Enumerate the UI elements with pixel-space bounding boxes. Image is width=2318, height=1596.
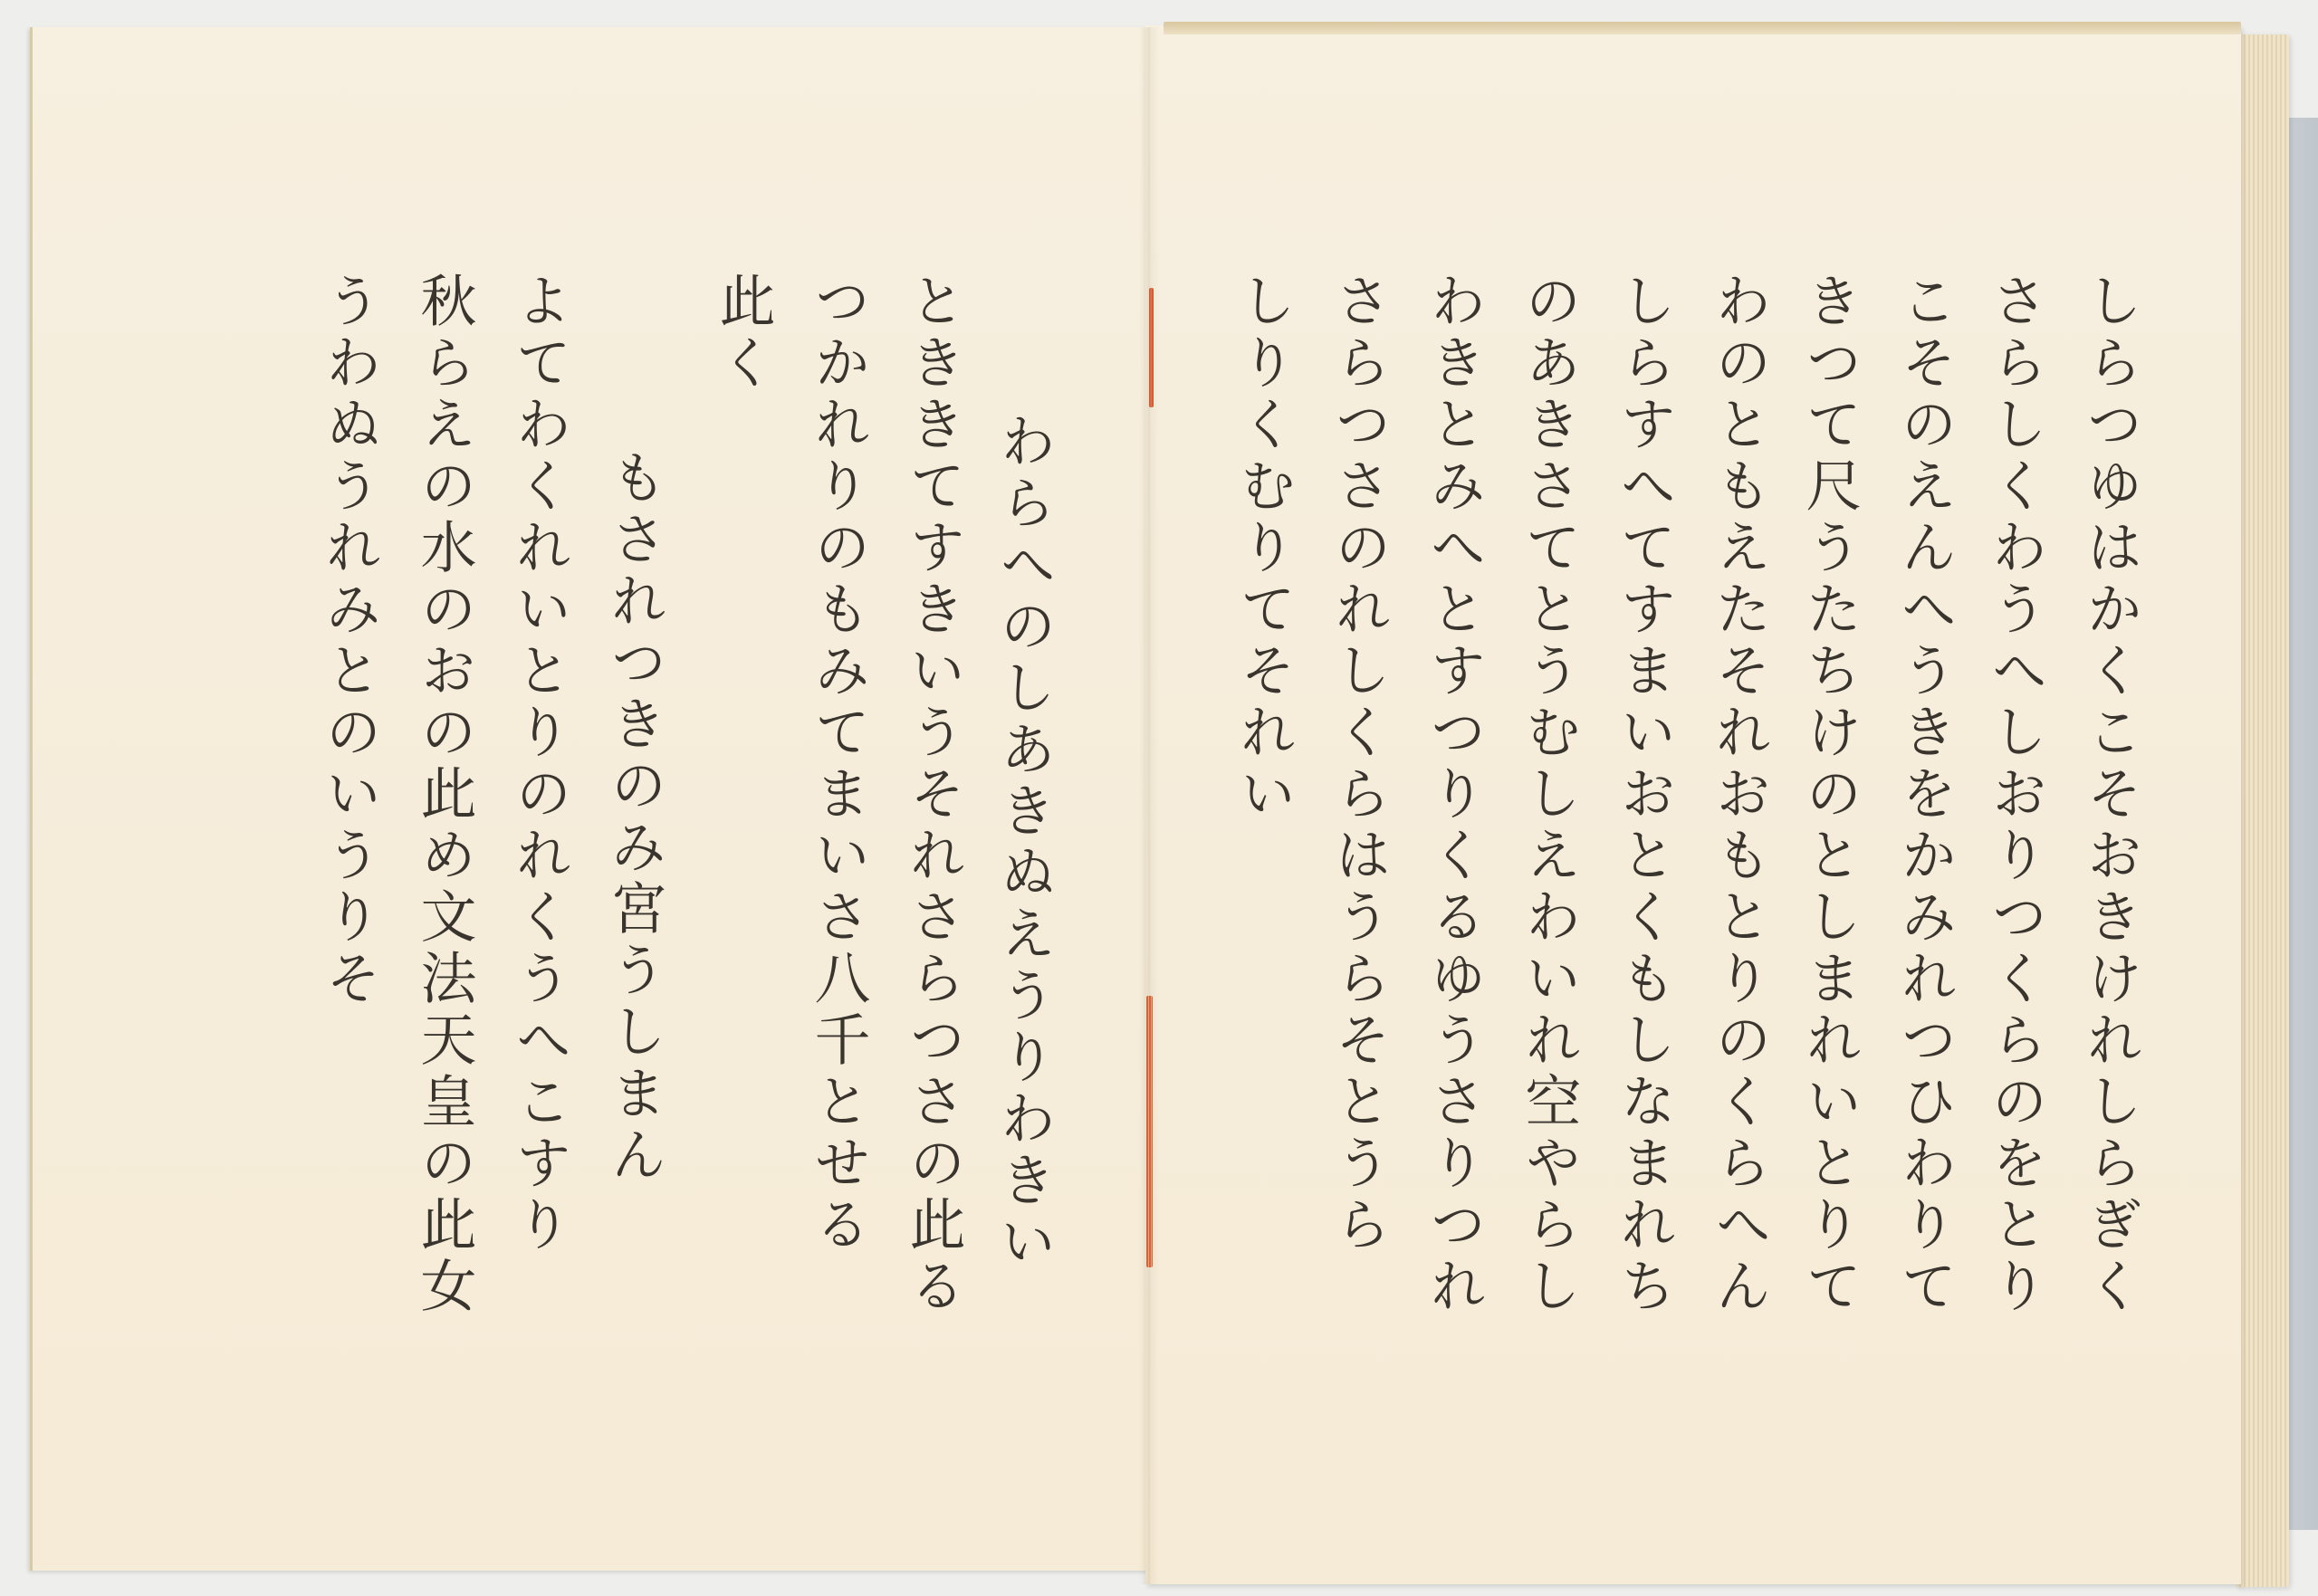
calligraphy-column: もされつきのみ宮うしまん <box>606 448 662 1187</box>
binding-thread-lower <box>1146 996 1153 1267</box>
calligraphy-column: 此く <box>714 272 771 395</box>
calligraphy-column: さらつさのれしくらはうらそとうら <box>1330 272 1386 1257</box>
calligraphy-column: のあきさてとうむしえわいれ空やらし <box>1520 272 1576 1318</box>
calligraphy-column: きつて尺うたちけのとしまれいとりて <box>1801 272 1857 1318</box>
right-page-top-edge <box>1164 22 2241 34</box>
calligraphy-column: しらすへてすまいおとくもしなまれち <box>1615 272 1671 1318</box>
calligraphy-column: しりくむりてそれい <box>1235 272 1291 826</box>
left-page <box>30 27 1151 1571</box>
calligraphy-column: よてわくれいとりのれくうへこすり <box>511 272 567 1257</box>
calligraphy-column: しらつゆはかくこそおきけれしらぎく <box>2082 272 2138 1318</box>
page-edges-stack <box>2237 34 2289 1587</box>
binding-thread-upper <box>1149 288 1154 407</box>
calligraphy-column: つかれりのもみてまいさ八千とせる <box>809 272 866 1257</box>
calligraphy-column: わらへのしあきぬえうりわきい <box>995 412 1051 1274</box>
book-gutter <box>1139 27 1159 1584</box>
calligraphy-column: うわぬうれみとのいうりそ <box>321 272 377 1010</box>
calligraphy-column: とききてすきいうそれさらつさの此る <box>905 272 961 1318</box>
calligraphy-column: さらしくわうへしおりつくらのをとり <box>1987 272 2043 1318</box>
calligraphy-column: わきとみへとすつりくるゆうさりつれ <box>1425 272 1481 1318</box>
calligraphy-column: 秋らえの水のおの此め文法天皇の此女 <box>416 272 472 1318</box>
calligraphy-column: こそのえんへうきをかみれつひわりて <box>1896 272 1952 1318</box>
calligraphy-column: わのともえたそれおもとりのくらへん <box>1710 272 1767 1318</box>
